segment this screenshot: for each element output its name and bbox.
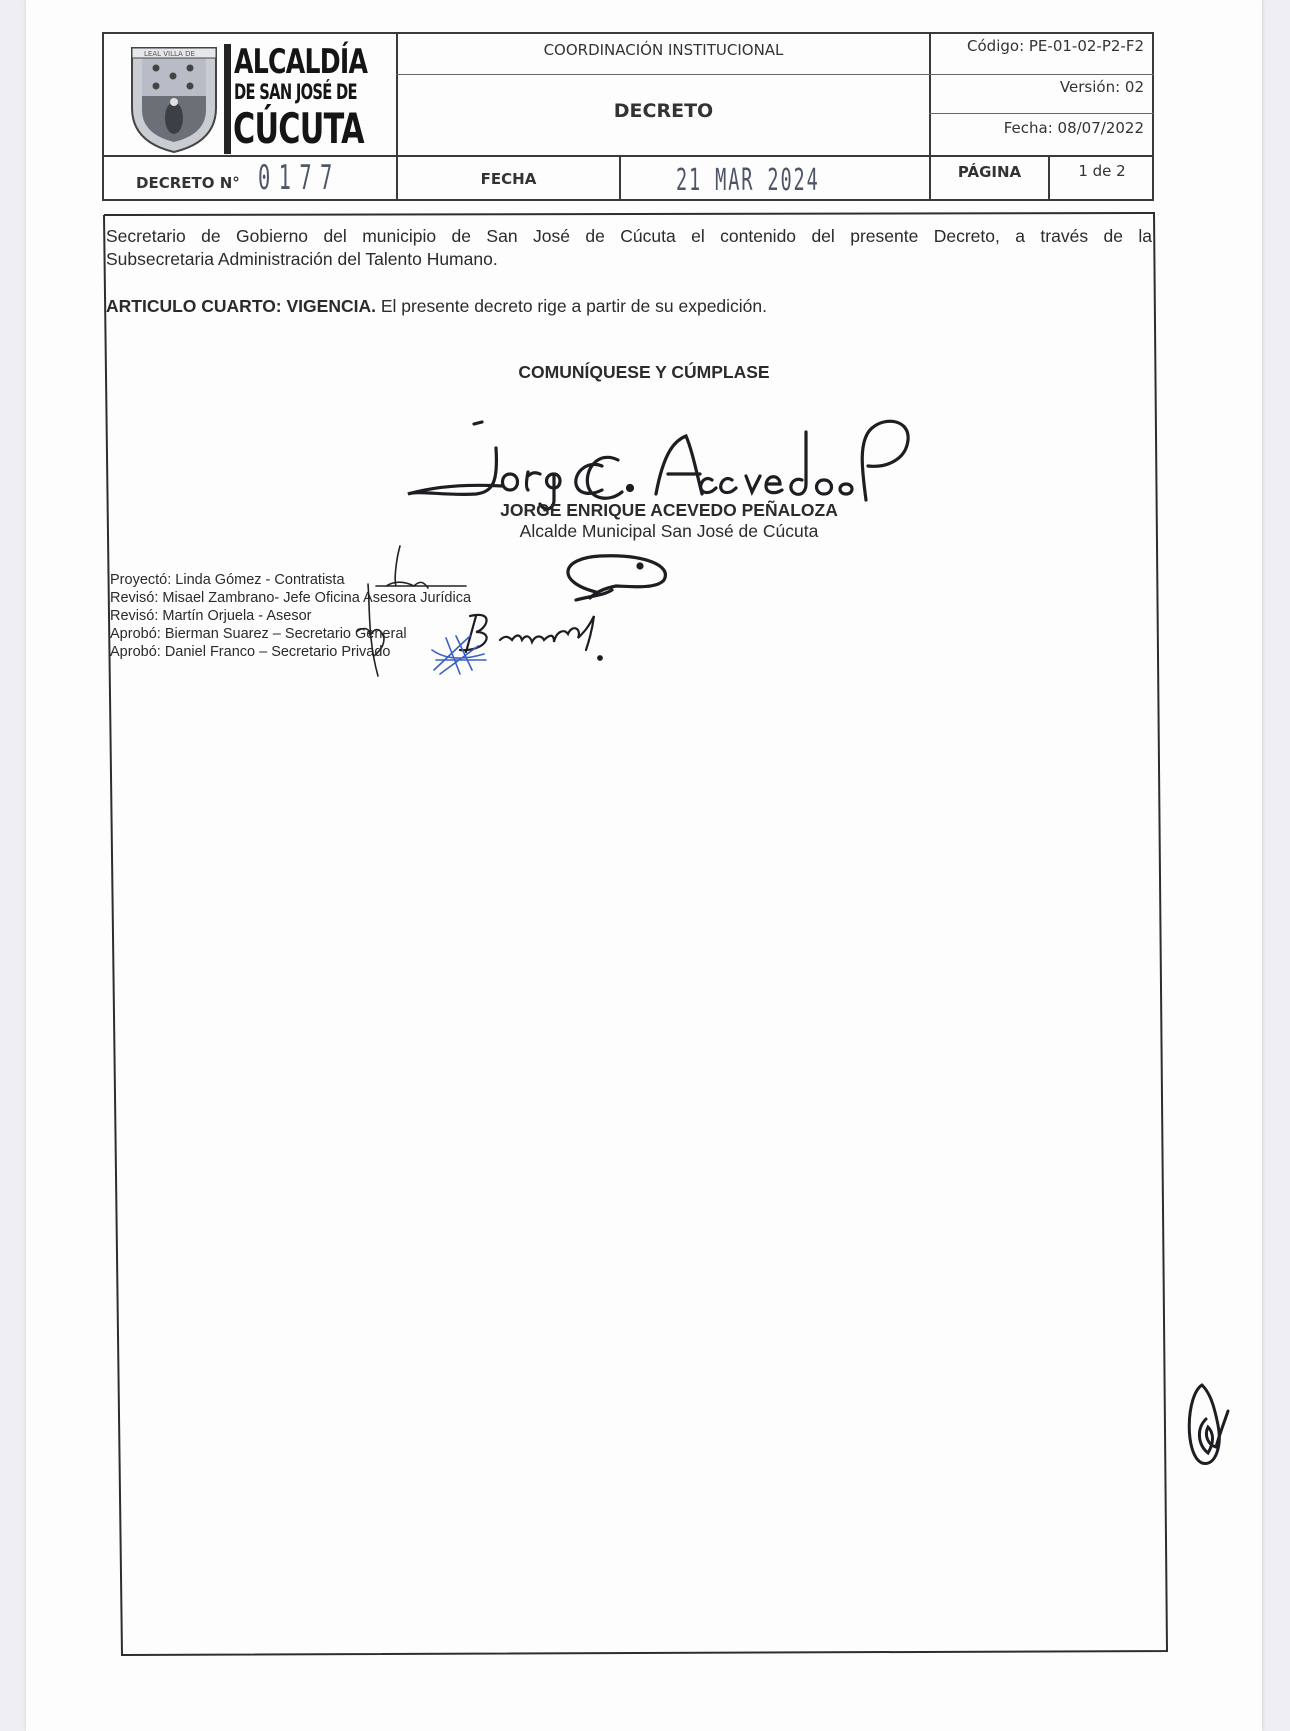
legal-office-signature xyxy=(556,552,676,607)
signatory-title: Alcalde Municipal San José de Cúcuta xyxy=(26,521,1262,542)
article-fourth: ARTICULO CUARTO: VIGENCIA. El presente d… xyxy=(106,296,767,317)
document-page: LEAL VILLA DE ALCALDÍA DE SAN JOSÉ DE CÚ… xyxy=(26,0,1262,1731)
private-secretary-initials xyxy=(426,630,496,685)
signatory-name: JORGE ENRIQUE ACEVEDO PEÑALOZA xyxy=(26,500,1262,521)
article-heading: ARTICULO CUARTO: VIGENCIA. xyxy=(106,296,376,316)
body-paragraph-line-2: Subsecretaria Administración del Talento… xyxy=(106,249,498,270)
article-text: El presente decreto rige a partir de su … xyxy=(376,296,767,316)
margin-initial-signature xyxy=(1182,1375,1232,1480)
body-paragraph-line-1: Secretario de Gobierno del municipio de … xyxy=(106,226,1152,247)
closing-formula: COMUNÍQUESE Y CÚMPLASE xyxy=(26,362,1262,383)
